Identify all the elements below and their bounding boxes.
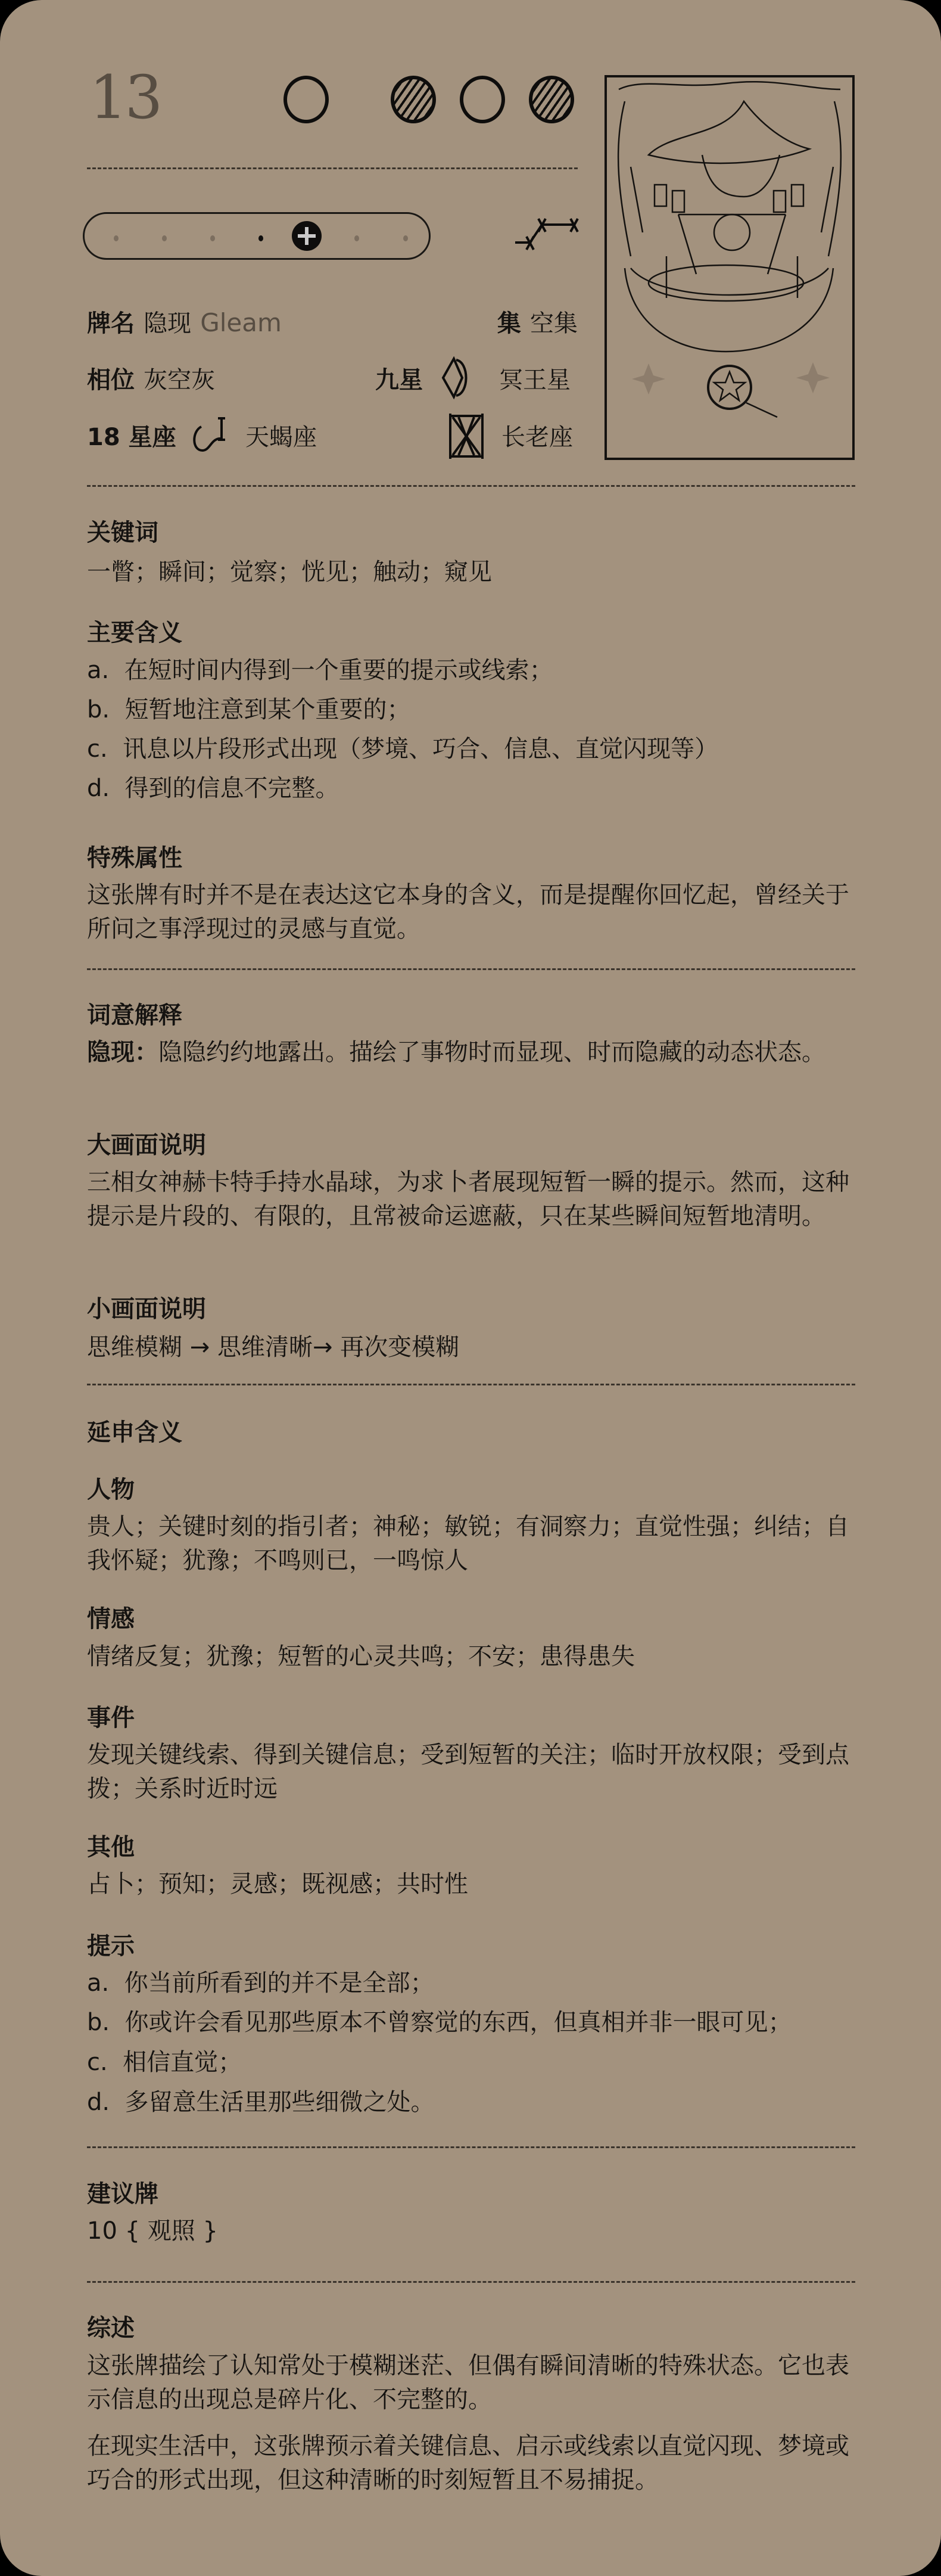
other-text: 占卜；预知；灵感；既视感；共时性 xyxy=(87,1867,849,1901)
card-name-row: 牌名 隐现 Gleam xyxy=(87,304,282,338)
hatched-moon-icon xyxy=(529,76,574,123)
zodiac-label: 18 星座 xyxy=(87,424,176,451)
slider-step[interactable] xyxy=(403,235,408,241)
hint-item: a. 你当前所看到的并不是全部； xyxy=(87,1966,849,2000)
main-meaning-item: a. 在短时间内得到一个重要的提示或线索； xyxy=(87,654,849,688)
hatched-moon-icon xyxy=(391,76,436,123)
set-value: 空集 xyxy=(530,310,578,337)
card-name-en: Gleam xyxy=(200,308,282,337)
people-text: 贵人；关键时刻的指引者；神秘；敏锐；有洞察力；直觉性强；纠结；自我怀疑；犹豫；不… xyxy=(87,1510,849,1578)
set-row: 集 空集 xyxy=(497,304,578,338)
hint-item: d. 多留意生活里那些细微之处。 xyxy=(87,2086,849,2120)
tarot-card-detail: 13 牌名 隐现 Gleam 集 空集 相位 灰空灰 九星 xyxy=(0,0,941,2576)
plus-icon[interactable] xyxy=(292,221,322,251)
divider xyxy=(87,2281,855,2283)
set-label: 集 xyxy=(497,310,521,337)
zodiac-value: 天蝎座 xyxy=(245,418,317,452)
hint-item: c. 相信直觉； xyxy=(87,2046,849,2080)
summary-paragraph: 在现实生活中，这张牌预示着关键信息、启示或线索以直觉闪现、梦境或巧合的形式出现，… xyxy=(87,2429,849,2497)
word-meaning-term: 隐现： xyxy=(87,1039,158,1066)
special-title: 特殊属性 xyxy=(87,839,182,873)
zodiac2-value: 长老座 xyxy=(501,418,573,452)
main-meaning-item: b. 短暂地注意到某个重要的； xyxy=(87,693,849,727)
divider xyxy=(87,167,578,169)
divider xyxy=(87,2146,855,2148)
word-meaning-text: 隐现：隐隐约约地露出。描绘了事物时而显现、时而隐藏的动态状态。 xyxy=(87,1036,849,1070)
slider-step[interactable] xyxy=(210,235,215,241)
card-number: 13 xyxy=(89,63,160,132)
main-meaning-title: 主要含义 xyxy=(87,614,182,648)
phase-value: 灰空灰 xyxy=(144,366,215,394)
emotion-text: 情绪反复；犹豫；短暂的心灵共鸣；不安；患得患失 xyxy=(87,1640,849,1674)
hourglass-symbol-icon xyxy=(447,414,486,459)
phase-slider[interactable] xyxy=(83,212,431,260)
constellation-icon xyxy=(512,217,581,253)
hints-title: 提示 xyxy=(87,1927,135,1961)
card-name-label: 牌名 xyxy=(87,310,135,337)
scorpio-symbol-icon xyxy=(189,415,231,454)
zodiac-row: 18 星座 xyxy=(87,418,176,452)
witch-illustration xyxy=(607,77,852,458)
people-title: 人物 xyxy=(87,1471,135,1505)
phase-label: 相位 xyxy=(87,366,135,394)
extended-title: 延申含义 xyxy=(87,1413,182,1447)
main-meaning-item: d. 得到的信息不完整。 xyxy=(87,772,849,806)
events-text: 发现关键线索、得到关键信息；受到短暂的关注；临时开放权限；受到点拨；关系时近时远 xyxy=(87,1738,849,1806)
hint-item: b. 你或许会看见那些原本不曾察觉的东西，但真相并非一眼可见； xyxy=(87,2006,849,2040)
nine-star-label: 九星 xyxy=(375,361,423,395)
slider-step[interactable] xyxy=(258,235,263,241)
nine-star-value: 冥王星 xyxy=(499,361,571,395)
slider-step[interactable] xyxy=(354,235,359,241)
divider xyxy=(87,968,855,970)
other-title: 其他 xyxy=(87,1828,135,1862)
keywords-text: 一瞥；瞬间；觉察；恍见；触动；窥见 xyxy=(87,555,849,589)
keywords-title: 关键词 xyxy=(87,514,158,548)
empty-moon-icon xyxy=(460,76,505,123)
special-text: 这张牌有时并不是在表达这它本身的含义，而是提醒你回忆起，曾经关于所问之事浮现过的… xyxy=(87,878,849,946)
divider xyxy=(87,485,855,487)
emotion-title: 情感 xyxy=(87,1600,135,1634)
card-artwork xyxy=(605,75,855,460)
empty-moon-icon xyxy=(283,76,329,123)
divider xyxy=(87,1384,855,1385)
main-meaning-item: c. 讯息以片段形式出现（梦境、巧合、信息、直觉闪现等） xyxy=(87,732,849,766)
advice-title: 建议牌 xyxy=(87,2175,158,2209)
summary-title: 综述 xyxy=(87,2309,135,2343)
slider-step[interactable] xyxy=(114,235,119,241)
big-picture-text: 三相女神赫卡特手持水晶球，为求卜者展现短暂一瞬的提示。然而，这种提示是片段的、有… xyxy=(87,1166,849,1233)
slider-step[interactable] xyxy=(162,235,167,241)
big-picture-title: 大画面说明 xyxy=(87,1126,206,1160)
events-title: 事件 xyxy=(87,1699,135,1733)
card-name-cn: 隐现 xyxy=(144,310,191,337)
summary-paragraph: 这张牌描绘了认知常处于模糊迷茫、但偶有瞬间清晰的特殊状态。它也表示信息的出现总是… xyxy=(87,2349,849,2417)
pluto-symbol-icon xyxy=(441,356,469,399)
word-meaning-title: 词意解释 xyxy=(87,996,182,1030)
advice-card-link[interactable]: 10 { 观照 } xyxy=(87,2214,849,2248)
small-picture-text: 思维模糊 → 思维清晰→ 再次变模糊 xyxy=(87,1331,849,1365)
small-picture-title: 小画面说明 xyxy=(87,1290,206,1324)
phase-row: 相位 灰空灰 xyxy=(87,361,215,395)
